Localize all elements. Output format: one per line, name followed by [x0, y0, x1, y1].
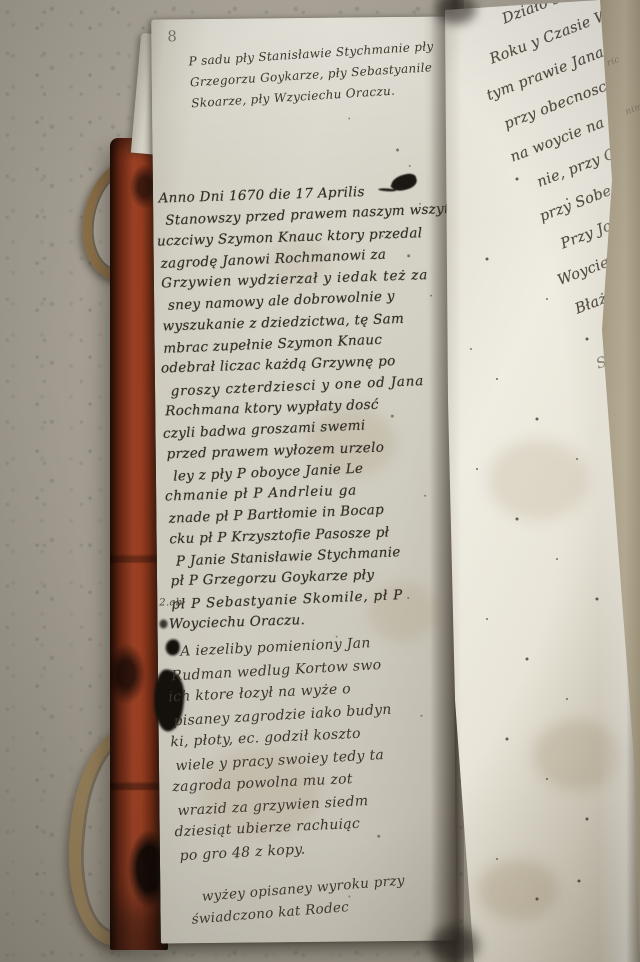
ink-blot	[154, 669, 185, 731]
handwriting-line: wyszukanie z dziedzictwa, tę Sam	[162, 307, 445, 337]
handwriting-line: czyli badwa groszami swemi	[163, 412, 449, 445]
foxing-stain	[488, 440, 588, 520]
handwriting-line: uczciwy Szymon Knauc ktory przedal	[157, 222, 443, 252]
handwriting-line: sney namowy ale dobrowolnie y	[168, 285, 445, 318]
header-paragraph: P sadu pły Stanisławie Stychmanie płyGrz…	[188, 36, 431, 114]
ink-blot	[166, 639, 180, 655]
manuscript-photo: 8 P sadu pły Stanisławie Stychmanie płyG…	[0, 0, 640, 962]
handwriting-line: świadczono kat Rodec	[191, 888, 454, 931]
handwriting-line: po gro 48 z kopy.	[179, 830, 458, 868]
handwriting-line: wrazid za grzywien siedm	[177, 785, 456, 823]
handwriting-line: Anno Dni 1670 die 17 Aprilis	[158, 180, 441, 210]
foxing-stain	[367, 582, 438, 643]
handwriting-line: ley z pły P oboyce Janie Le	[173, 455, 450, 488]
page-number: 8	[167, 27, 177, 45]
handwriting-line: chmanie pł P Andrleiu ga	[165, 478, 451, 508]
foxing-stain	[268, 238, 329, 289]
handwriting-line: P sadu pły Stanisławie Stychmanie pły	[188, 36, 429, 72]
handwriting-line: wyżey opisaney wyroku przy	[201, 866, 452, 908]
ink-blot	[159, 619, 167, 628]
handwriting-line: ki, płoty, ec. godził koszto	[170, 719, 453, 754]
page-gap-shadow-bottom	[430, 926, 478, 962]
handwriting-line: ich ktore łozył na wyże o	[168, 674, 451, 709]
handwriting-line: pł P Sebastyanie Skomile, pł P	[171, 583, 454, 616]
handwriting-line: Woyciechu Oraczu.	[169, 605, 455, 635]
handwriting-line: znade pł P Bartłomie in Bocap	[168, 497, 451, 530]
handwriting-line: mbrac zupełnie Szymon Knauc	[163, 327, 446, 360]
handwriting-line: Grzegorzu Goykarze, pły Sebastyanile	[189, 57, 430, 93]
condition-paragraph: A iezeliby pomieniony JanRudman wedlug K…	[166, 629, 458, 867]
handwriting-line: Rudman wedlug Kortow swo	[171, 650, 450, 688]
handwriting-line: zagrodę Janowi Rochmanowi za	[160, 242, 443, 275]
ink-smudge	[389, 172, 418, 193]
handwriting-line: cku pł P Krzysztofie Pasosze pł	[169, 520, 452, 550]
left-manuscript-page: 8 P sadu pły Stanisławie Stychmanie płyG…	[151, 16, 457, 943]
handwriting-line: Grzywien wydzierzał y iedak też za	[161, 265, 444, 295]
handwriting-line: P Janie Stanisławie Stychmanie	[176, 540, 453, 573]
handwriting-line: odebrał liczac każdą Grzywnę po	[161, 350, 447, 380]
handwriting-line: pł P Grzegorzu Goykarze pły	[170, 563, 453, 593]
foxing-stain	[199, 748, 320, 839]
foxing-stain	[305, 407, 396, 478]
handwriting-line: Rochmana ktory wypłaty dosć	[165, 393, 448, 423]
handwriting-line: dziesiąt ubierze rachuiąc	[174, 808, 457, 843]
foxing-stain	[533, 720, 623, 790]
foxing-stain	[478, 860, 558, 920]
handwriting-line: przed prawem wyłozem urzelo	[166, 435, 449, 465]
handwriting-line: wiele y pracy swoiey tedy ta	[175, 740, 454, 778]
handwriting-line: Skoarze, pły Wzyciechu Oraczu.	[191, 78, 432, 114]
ink-specks	[151, 20, 153, 22]
handwriting-line: Stanowszy przed prawem naszym wszytkiem	[165, 200, 442, 233]
margin-note: 2.ab	[159, 597, 182, 608]
handwriting-line: pisaney zagrodzie iako budyn	[173, 695, 452, 733]
handwriting-line: zagroda powolna mu zot	[172, 764, 455, 799]
handwriting-line: groszy czterdziesci y one od Jana	[170, 370, 447, 403]
main-entry-paragraph: Anno Dni 1670 die 17 AprilisStanowszy pr…	[158, 180, 454, 636]
closing-attestation: wyżey opisaney wyroku przyświadczono kat…	[201, 866, 454, 930]
handwriting-line: A iezeliby pomieniony Jan	[180, 629, 449, 664]
